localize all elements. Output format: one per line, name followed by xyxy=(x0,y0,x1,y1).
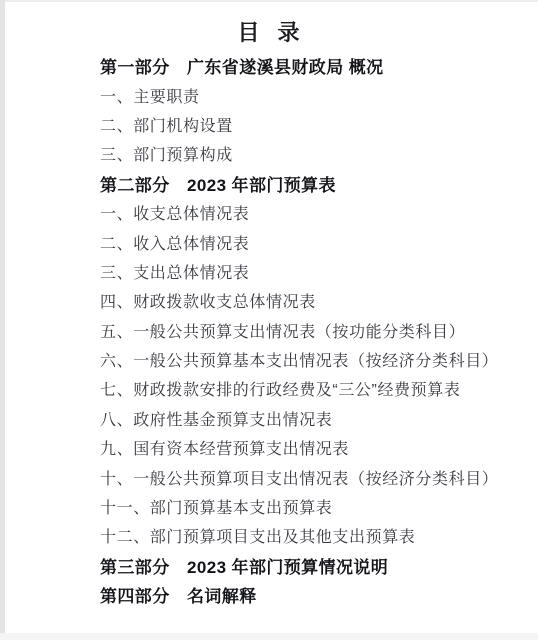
page-scan-edge-top xyxy=(0,0,538,2)
toc-list: 第一部分 广东省遂溪县财政局 概况一、主要职责二、部门机构设置三、部门预算构成第… xyxy=(100,51,528,609)
toc-page: 目 录 第一部分 广东省遂溪县财政局 概况一、主要职责二、部门机构设置三、部门预… xyxy=(0,0,538,640)
toc-section-heading: 第二部分 2023 年部门预算表 xyxy=(100,169,528,198)
toc-entry: 二、收入总体情况表 xyxy=(100,227,528,256)
toc-entry: 十二、部门预算项目支出及其他支出预算表 xyxy=(100,521,528,550)
toc-entry: 十、一般公共预算项目支出情况表（按经济分类科目） xyxy=(100,462,528,491)
toc-section-heading: 第三部分 2023 年部门预算情况说明 xyxy=(100,551,528,580)
page-title: 目 录 xyxy=(0,21,538,44)
toc-entry: 三、部门预算构成 xyxy=(100,139,528,168)
toc-entry: 七、财政拨款安排的行政经费及“三公”经费预算表 xyxy=(100,374,528,403)
page-scan-edge-left xyxy=(0,0,5,640)
toc-entry: 五、一般公共预算支出情况表（按功能分类科目） xyxy=(100,316,528,345)
toc-entry: 十一、部门预算基本支出预算表 xyxy=(100,492,528,521)
toc-section-heading: 第一部分 广东省遂溪县财政局 概况 xyxy=(100,51,528,80)
page-scan-edge-bottom xyxy=(0,633,538,640)
toc-entry: 一、主要职责 xyxy=(100,80,528,109)
toc-entry: 八、政府性基金预算支出情况表 xyxy=(100,404,528,433)
toc-entry: 一、收支总体情况表 xyxy=(100,198,528,227)
toc-entry: 九、国有资本经营预算支出情况表 xyxy=(100,433,528,462)
toc-entry: 三、支出总体情况表 xyxy=(100,257,528,286)
toc-entry: 四、财政拨款收支总体情况表 xyxy=(100,286,528,315)
toc-entry: 二、部门机构设置 xyxy=(100,110,528,139)
toc-section-heading: 第四部分 名词解释 xyxy=(100,580,528,609)
toc-entry: 六、一般公共预算基本支出情况表（按经济分类科目） xyxy=(100,345,528,374)
